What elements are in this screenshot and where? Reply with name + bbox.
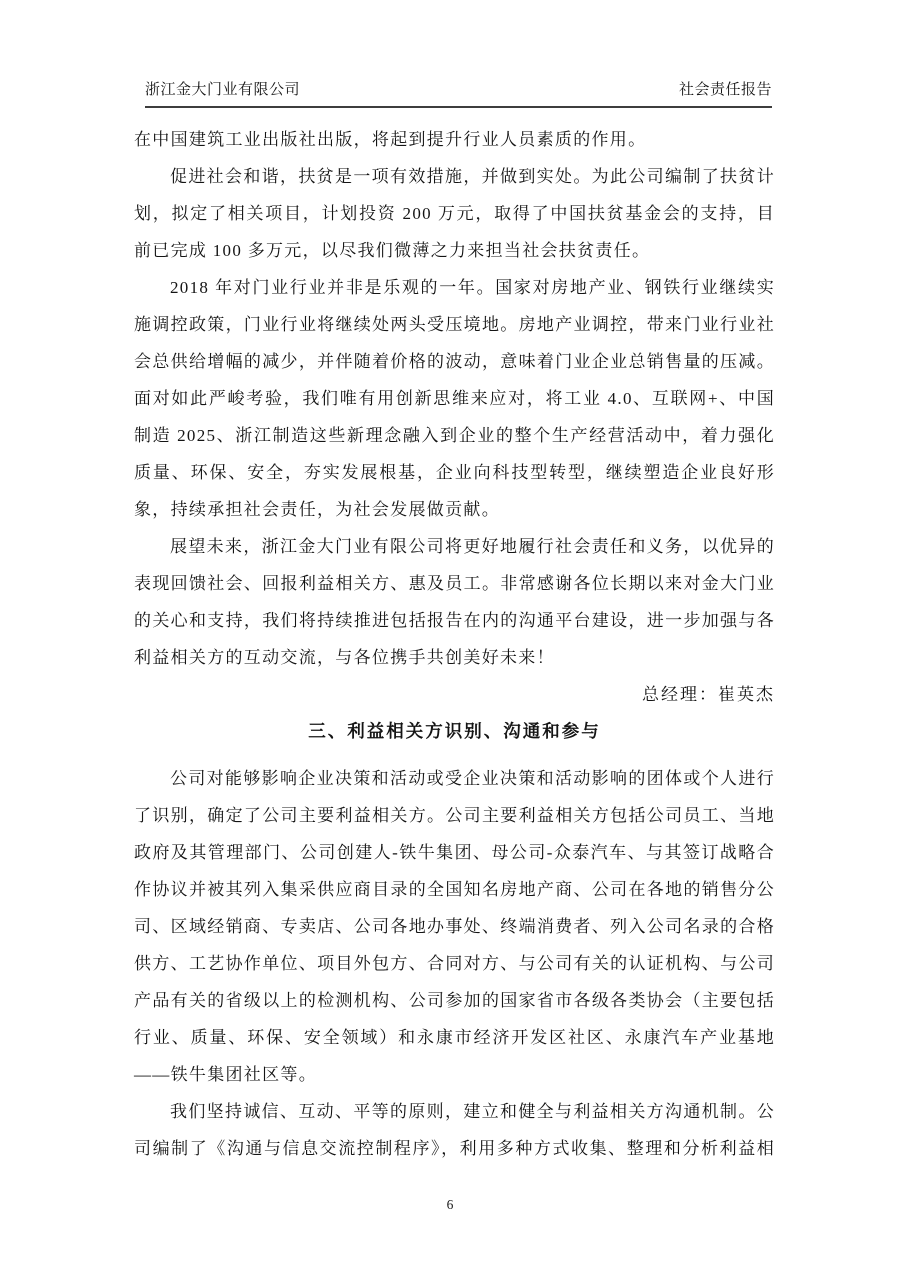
page-footer: 6 — [0, 1197, 900, 1213]
page-header: 浙江金大门业有限公司 社会责任报告 — [145, 78, 772, 108]
body-paragraph-continuation: 在中国建筑工业出版社出版，将起到提升行业人员素质的作用。 — [134, 121, 775, 158]
body-paragraph: 2018 年对门业行业并非是乐观的一年。国家对房地产业、钢铁行业继续实施调控政策… — [134, 269, 775, 528]
signature-line: 总经理：崔英杰 — [134, 676, 775, 713]
document-page: 浙江金大门业有限公司 社会责任报告 在中国建筑工业出版社出版，将起到提升行业人员… — [0, 0, 900, 1261]
body-paragraph: 展望未来，浙江金大门业有限公司将更好地履行社会责任和义务，以优异的表现回馈社会、… — [134, 528, 775, 676]
section-heading: 三、利益相关方识别、沟通和参与 — [134, 713, 775, 750]
header-report-title: 社会责任报告 — [679, 78, 772, 99]
page-number: 6 — [447, 1197, 454, 1212]
body-paragraph-cutoff: 我们坚持诚信、互动、平等的原则，建立和健全与利益相关方沟通机制。公司编制了《沟通… — [134, 1093, 775, 1167]
header-company-name: 浙江金大门业有限公司 — [145, 78, 300, 99]
body-paragraph: 公司对能够影响企业决策和活动或受企业决策和活动影响的团体或个人进行了识别，确定了… — [134, 760, 775, 1093]
body-paragraph: 促进社会和谐，扶贫是一项有效措施，并做到实处。为此公司编制了扶贫计划，拟定了相关… — [134, 158, 775, 269]
document-body: 在中国建筑工业出版社出版，将起到提升行业人员素质的作用。 促进社会和谐，扶贫是一… — [134, 121, 775, 1167]
